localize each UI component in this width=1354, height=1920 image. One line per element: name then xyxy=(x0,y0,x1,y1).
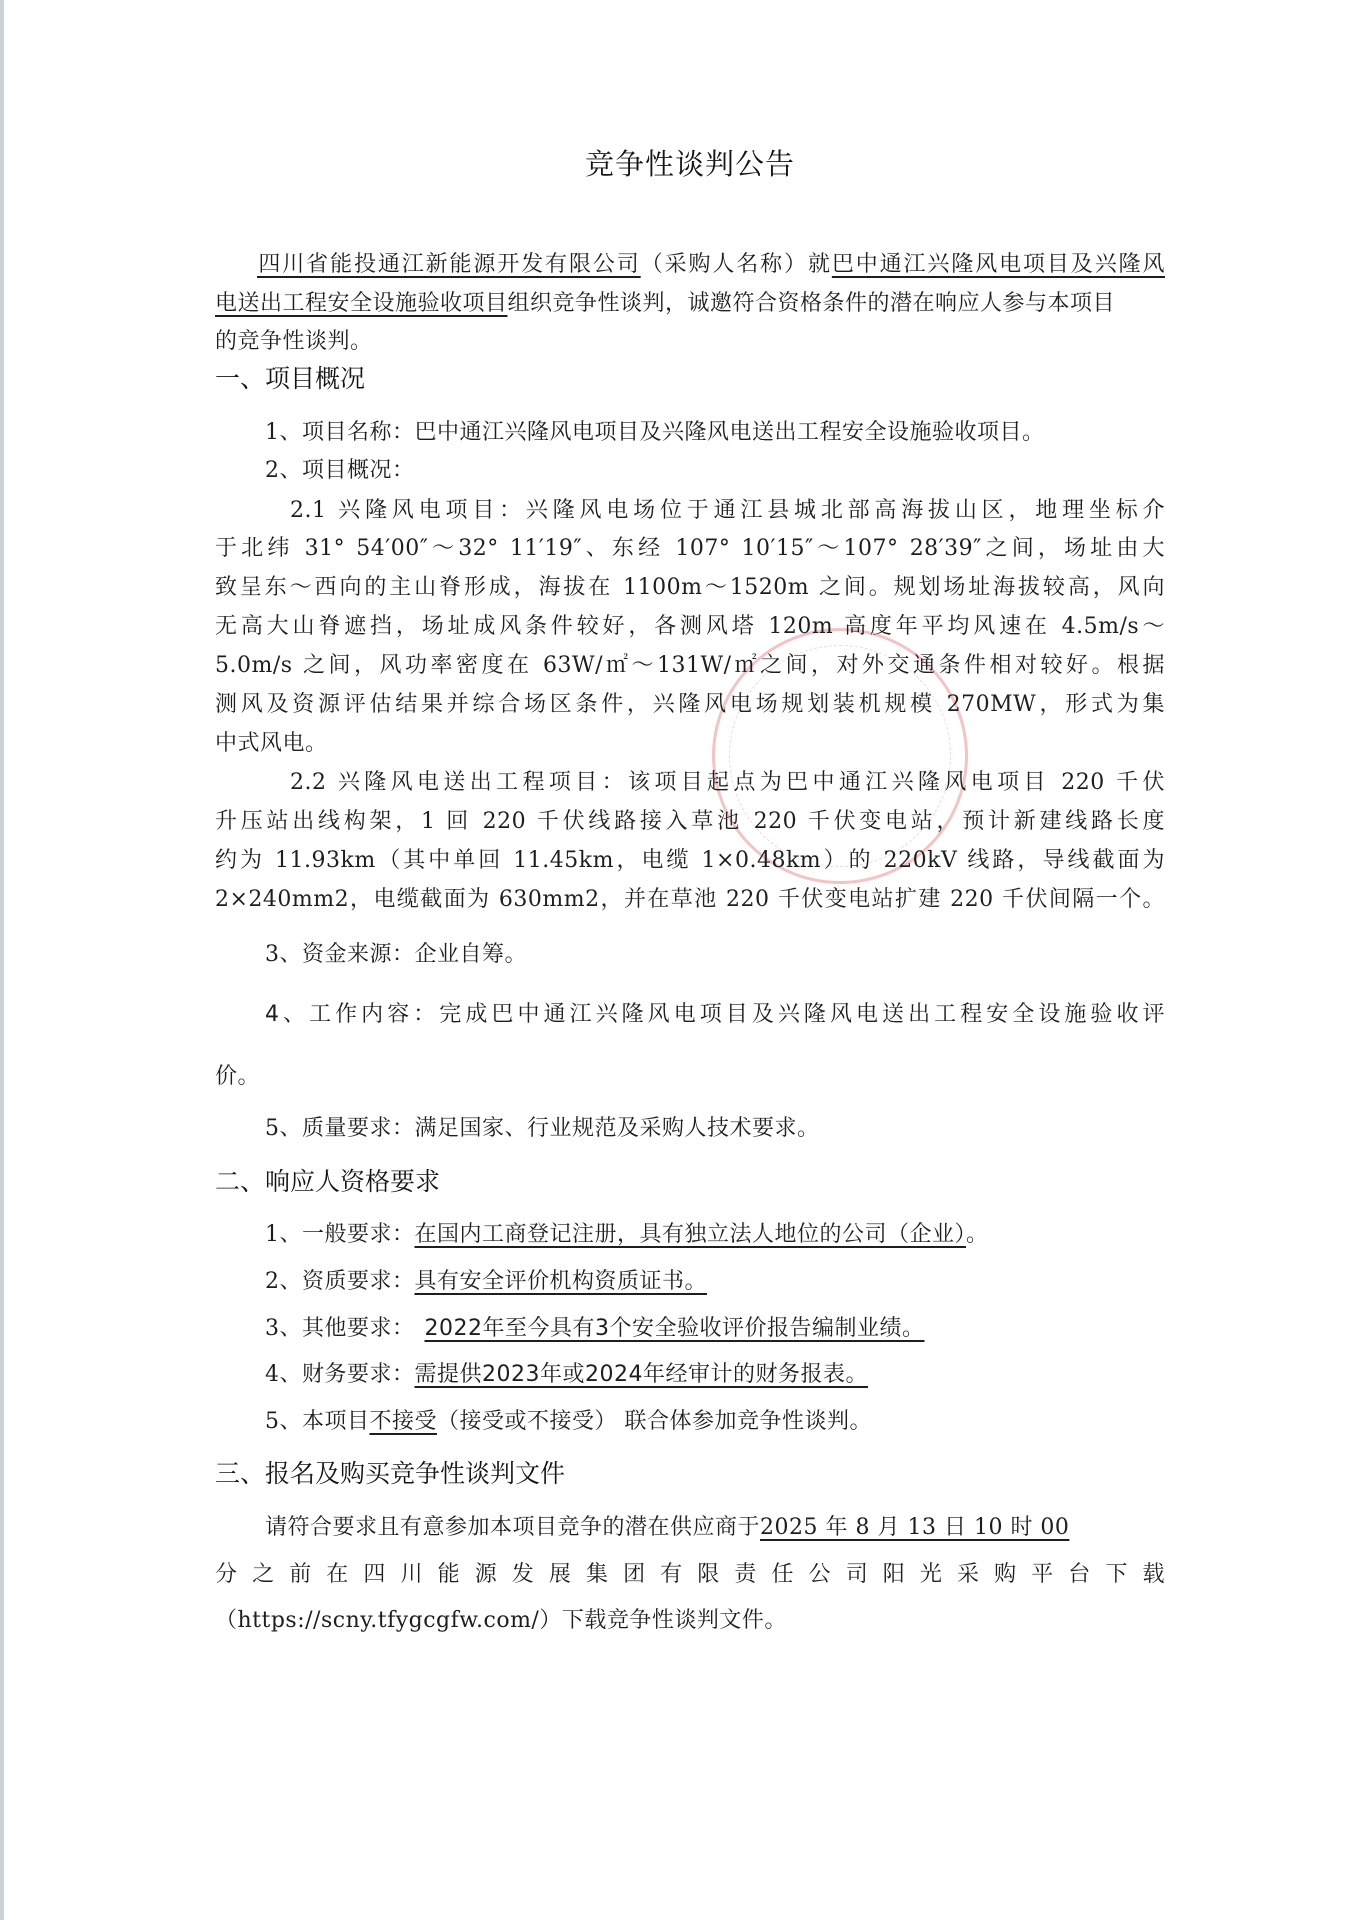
qualification-requirement-item: 2、资质要求：具有安全评价机构资质证书。 xyxy=(215,1267,1165,1297)
transmission-project-line-3: 约为 11.93km（其中单回 11.45km，电缆 1×0.48km）的 22… xyxy=(215,846,1165,876)
transmission-project-line-2: 升压站出线构架，1 回 220 千伏线路接入草池 220 千伏变电站，预计新建线… xyxy=(215,807,1165,837)
general-requirement-label: 1、一般要求： xyxy=(265,1222,415,1247)
consortium-prefix: 5、本项目 xyxy=(265,1409,370,1434)
section-1-heading: 一、项目概况 xyxy=(215,363,365,395)
financial-requirement-item: 4、财务要求：需提供2023年或2024年经审计的财务报表。 xyxy=(215,1360,1165,1390)
purchaser-note: （采购人名称）就 xyxy=(641,252,832,277)
wind-project-line-7: 中式风电。 xyxy=(215,729,1165,759)
general-requirement-tail: 。 xyxy=(966,1222,989,1247)
registration-line-1: 请符合要求且有意参加本项目竞争的潜在供应商于2025 年 8 月 13 日 10… xyxy=(215,1513,1165,1543)
project-name-item: 1、项目名称：巴中通江兴隆风电项目及兴隆风电送出工程安全设施验收项目。 xyxy=(215,418,1165,448)
financial-requirement-value: 需提供2023年或2024年经审计的财务报表。 xyxy=(415,1362,868,1387)
intro-line-3: 的竞争性谈判。 xyxy=(215,327,1165,357)
section-2-heading: 二、响应人资格要求 xyxy=(215,1166,440,1198)
funding-source-item: 3、资金来源：企业自筹。 xyxy=(215,940,1165,970)
wind-project-line-3: 致呈东～西向的主山脊形成，海拔在 1100m～1520m 之间。规划场址海拔较高… xyxy=(215,573,1165,603)
intro-line-1: 四川省能投通江新能源开发有限公司（采购人名称）就巴中通江兴隆风电项目及兴隆风 xyxy=(215,250,1165,280)
purchaser-name: 四川省能投通江新能源开发有限公司 xyxy=(257,252,641,277)
general-requirement-item: 1、一般要求：在国内工商登记注册，具有独立法人地位的公司（企业）。 xyxy=(215,1220,1165,1250)
registration-line-2: 分之前在四川能源发展集团有限责任公司阳光采购平台下载 xyxy=(215,1560,1165,1590)
page-left-edge xyxy=(0,0,4,1920)
consortium-item: 5、本项目不接受（接受或不接受） 联合体参加竞争性谈判。 xyxy=(215,1407,1165,1437)
registration-deadline: 2025 年 8 月 13 日 10 时 00 xyxy=(760,1515,1069,1540)
registration-line-3: （https://scny.tfygcgfw.com/）下载竞争性谈判文件。 xyxy=(215,1606,1165,1636)
qualification-requirement-label: 2、资质要求： xyxy=(265,1269,415,1294)
transmission-project-line-4: 2×240mm2，电缆截面为 630mm2，并在草池 220 千伏变电站扩建 2… xyxy=(215,885,1165,915)
consortium-choice: 不接受 xyxy=(370,1409,438,1434)
project-name-part2: 电送出工程安全设施验收项目 xyxy=(215,291,508,316)
registration-line-1-prefix: 请符合要求且有意参加本项目竞争的潜在供应商于 xyxy=(265,1515,760,1540)
work-content-line-1: 4、工作内容：完成巴中通江兴隆风电项目及兴隆风电送出工程安全设施验收评 xyxy=(215,1000,1165,1030)
section-3-heading: 三、报名及购买竞争性谈判文件 xyxy=(215,1458,565,1490)
transmission-project-line-1: 2.2 兴隆风电送出工程项目：该项目起点为巴中通江兴隆风电项目 220 千伏 xyxy=(215,768,1165,798)
wind-project-line-6: 测风及资源评估结果并综合场区条件，兴隆风电场规划装机规模 270MW，形式为集 xyxy=(215,690,1165,720)
intro-line-2: 电送出工程安全设施验收项目组织竞争性谈判，诚邀符合资格条件的潜在响应人参与本项目 xyxy=(215,289,1165,319)
wind-project-line-1: 2.1 兴隆风电项目：兴隆风电场位于通江县城北部高海拔山区，地理坐标介 xyxy=(215,496,1165,526)
other-requirement-item: 3、其他要求：2022年至今具有3个安全验收评价报告编制业绩。 xyxy=(215,1314,1165,1344)
document-title: 竞争性谈判公告 xyxy=(215,142,1165,183)
wind-project-line-5: 5.0m/s 之间，风功率密度在 63W/㎡～131W/㎡之间，对外交通条件相对… xyxy=(215,651,1165,681)
general-requirement-value: 在国内工商登记注册，具有独立法人地位的公司（企业） xyxy=(415,1222,967,1247)
financial-requirement-label: 4、财务要求： xyxy=(265,1362,415,1387)
other-requirement-value: 2022年至今具有3个安全验收评价报告编制业绩。 xyxy=(425,1316,925,1341)
wind-project-line-2: 于北纬 31° 54′00″～32° 11′19″、东经 107° 10′15″… xyxy=(215,534,1165,564)
qualification-requirement-value: 具有安全评价机构资质证书。 xyxy=(415,1269,708,1294)
work-content-line-2: 价。 xyxy=(215,1062,1165,1092)
project-overview-item: 2、项目概况： xyxy=(215,456,1165,486)
other-requirement-label: 3、其他要求： xyxy=(265,1316,415,1341)
intro-line-2-rest: 组织竞争性谈判，诚邀符合资格条件的潜在响应人参与本项目 xyxy=(508,291,1116,316)
project-name-part1: 巴中通江兴隆风电项目及兴隆风 xyxy=(832,252,1165,277)
quality-requirement-item: 5、质量要求：满足国家、行业规范及采购人技术要求。 xyxy=(215,1114,1165,1144)
consortium-suffix: （接受或不接受） 联合体参加竞争性谈判。 xyxy=(437,1409,872,1434)
wind-project-line-4: 无高大山脊遮挡，场址成风条件较好，各测风塔 120m 高度年平均风速在 4.5m… xyxy=(215,612,1165,642)
